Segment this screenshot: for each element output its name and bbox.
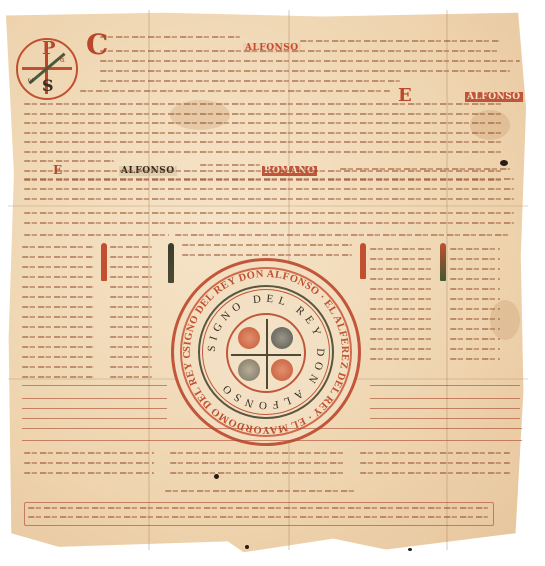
- script-line: [24, 198, 514, 200]
- witness-entry: [450, 338, 500, 340]
- witness-entry: [24, 452, 154, 454]
- witness-entry: [24, 234, 169, 236]
- ruled-line: [22, 398, 167, 399]
- decorated-initial: C: [86, 28, 108, 61]
- witness-entry: [370, 258, 432, 260]
- witness-entry: [110, 366, 152, 368]
- witness-entry: [370, 278, 432, 280]
- script-line: [100, 60, 520, 62]
- witness-entry: [370, 298, 432, 300]
- witness-entry: [110, 276, 152, 278]
- witness-entry: [24, 212, 514, 214]
- witness-entry: [360, 462, 510, 464]
- script-line: [100, 50, 500, 52]
- stain: [490, 300, 520, 340]
- witness-entry: [182, 254, 352, 256]
- ink-blot: [245, 545, 249, 549]
- ink-blot: [500, 160, 508, 166]
- witness-entry: [170, 462, 345, 464]
- witness-entry: [110, 266, 152, 268]
- ruled-line: [22, 418, 167, 419]
- witness-entry: [450, 318, 500, 320]
- castle-icon: [271, 359, 293, 381]
- witness-entry: [450, 298, 500, 300]
- script-line: [24, 103, 504, 105]
- witness-entry: [22, 346, 94, 348]
- ruled-line: [22, 428, 522, 429]
- ruled-line: [370, 408, 520, 409]
- witness-entry: [22, 306, 94, 308]
- witness-entry: [22, 266, 94, 268]
- witness-entry: [370, 358, 432, 360]
- script-line: [24, 188, 514, 190]
- witness-entry: [450, 248, 500, 250]
- witness-entry: [22, 326, 94, 328]
- script-line: [200, 164, 260, 166]
- ruled-line: [22, 440, 522, 441]
- witness-entry: [170, 452, 345, 454]
- witness-entry: [110, 326, 152, 328]
- fold-line: [446, 10, 448, 550]
- ruled-line: [370, 385, 520, 386]
- witness-entry: [370, 288, 432, 290]
- witness-entry: [165, 490, 355, 492]
- witness-entry: [24, 472, 154, 474]
- witness-entry: [22, 286, 94, 288]
- witness-entry: [370, 328, 432, 330]
- script-line: [24, 178, 514, 180]
- ruled-line: [370, 418, 520, 419]
- script-line: [24, 122, 504, 124]
- witness-entry: [110, 286, 152, 288]
- witness-entry: [370, 338, 432, 340]
- ink-blot: [214, 474, 219, 479]
- ruled-line: [22, 408, 167, 409]
- witness-entry: [450, 288, 500, 290]
- witness-entry: [22, 276, 94, 278]
- witness-entry: [22, 256, 94, 258]
- chrismon-s: S: [42, 76, 54, 95]
- fold-line: [8, 205, 528, 207]
- witness-entry: [110, 296, 152, 298]
- flourish-mark: [440, 243, 446, 281]
- script-line: [300, 40, 500, 42]
- witness-entry: [170, 472, 345, 474]
- witness-entry: [24, 462, 154, 464]
- ink-blot: [408, 548, 412, 551]
- witness-entry: [22, 356, 94, 358]
- castle-icon: [238, 327, 260, 349]
- witness-entry: [110, 356, 152, 358]
- witness-entry: [450, 308, 500, 310]
- chrismon-alpha: α: [60, 56, 65, 64]
- script-line: [100, 80, 400, 82]
- witness-entry: [22, 296, 94, 298]
- chrismon-rho: P: [42, 38, 56, 59]
- script-line: [24, 141, 504, 143]
- witness-entry: [360, 472, 510, 474]
- script-line: [24, 151, 504, 153]
- chrismon-omega: ω: [28, 76, 34, 84]
- flourish-mark: [360, 243, 366, 279]
- script-line: [24, 132, 504, 134]
- witness-entry: [450, 258, 500, 260]
- lion-icon: [238, 359, 260, 381]
- witness-entry: [370, 268, 432, 270]
- witness-entry: [450, 278, 500, 280]
- witness-entry: [110, 336, 152, 338]
- witness-entry: [450, 328, 500, 330]
- script-line: [80, 90, 390, 92]
- royal-wheel-seal: SIGNO DEL REY DON ALFONSO · EL ALFEREZ D…: [171, 258, 361, 446]
- witness-entry: [24, 222, 514, 224]
- witness-entry: [450, 348, 500, 350]
- lion-icon: [271, 327, 293, 349]
- witness-entry: [182, 244, 352, 246]
- witness-entry: [450, 268, 500, 270]
- witness-entry: [370, 348, 432, 350]
- witness-entry: [22, 376, 94, 378]
- witness-entry: [370, 248, 432, 250]
- script-line: [100, 36, 240, 38]
- script-line: [340, 168, 510, 170]
- witness-entry: [110, 306, 152, 308]
- footer-clause-box: [24, 502, 494, 526]
- stain: [470, 110, 510, 140]
- witness-entry: [450, 358, 500, 360]
- witness-entry: [22, 336, 94, 338]
- witness-entry: [110, 346, 152, 348]
- witness-entry: [110, 246, 152, 248]
- witness-entry: [370, 318, 432, 320]
- rubric-alfonso: ALFONSO: [465, 92, 523, 102]
- script-line: [24, 160, 114, 162]
- witness-entry: [22, 366, 94, 368]
- witness-entry: [370, 308, 432, 310]
- witness-entry: [22, 246, 94, 248]
- chrismon-emblem: P S α ω: [16, 38, 78, 100]
- witness-entry: [110, 376, 152, 378]
- witness-entry: [360, 452, 510, 454]
- script-line: [24, 113, 504, 115]
- ruled-line: [370, 398, 520, 399]
- seal-cross: [266, 319, 268, 389]
- witness-entry: [175, 234, 510, 236]
- script-line: [100, 70, 510, 72]
- ruled-line: [22, 385, 167, 386]
- witness-entry: [110, 316, 152, 318]
- witness-entry: [110, 256, 152, 258]
- witness-entry: [22, 316, 94, 318]
- flourish-mark: [101, 243, 107, 281]
